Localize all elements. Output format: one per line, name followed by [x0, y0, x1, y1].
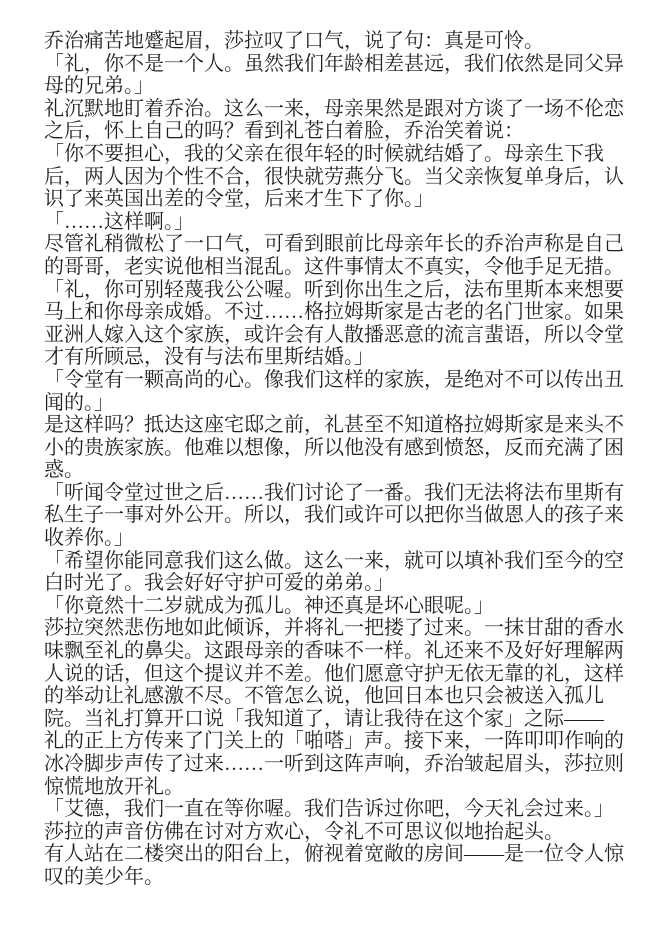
text-line: 「听闻令堂过世之后……我们讨论了一番。我们无法将法布里斯有 [44, 482, 638, 505]
text-line: 礼沉默地盯着乔治。这么一来，母亲果然是跟对方谈了一场不伦恋 [44, 98, 638, 121]
text-line: 母的兄弟。」 [44, 75, 638, 98]
text-line: 的哥哥，老实说他相当混乱。这件事情太不真实，令他手足无措。 [44, 256, 638, 279]
text-line: 马上和你母亲成婚。不过……格拉姆斯家是古老的名门世家。如果 [44, 301, 638, 324]
text-line: 惊慌地放开礼。 [44, 776, 638, 799]
text-line: 尽管礼稍微松了一口气，可看到眼前比母亲年长的乔治声称是自己 [44, 233, 638, 256]
text-line: 之后，怀上自己的吗？看到礼苍白着脸，乔治笑着说： [44, 120, 638, 143]
text-line: 识了来英国出差的令堂，后来才生下了你。」 [44, 188, 638, 211]
text-line: 小的贵族家族。他难以想像，所以他没有感到愤怒，反而充满了困 [44, 437, 638, 460]
text-line: 闻的。」 [44, 392, 638, 415]
text-line: 「礼，你可别轻蔑我公公喔。听到你出生之后，法布里斯本来想要 [44, 279, 638, 302]
text-line: 莎拉突然悲伤地如此倾诉，并将礼一把搂了过来。一抹甘甜的香水 [44, 617, 638, 640]
text-line: 才有所顾忌，没有与法布里斯结婚。」 [44, 346, 638, 369]
novel-page: 乔治痛苦地蹙起眉，莎拉叹了口气，说了句：真是可怜。 「礼，你不是一个人。虽然我们… [0, 0, 662, 935]
text-line: 「艾德，我们一直在等你喔。我们告诉过你吧，今天礼会过来。」 [44, 798, 638, 821]
text-line: 亚洲人嫁入这个家族，或许会有人散播恶意的流言蜚语，所以令堂 [44, 324, 638, 347]
text-line: 乔治痛苦地蹙起眉，莎拉叹了口气，说了句：真是可怜。 [44, 30, 638, 53]
text-line: 「礼，你不是一个人。虽然我们年龄相差甚远，我们依然是同父异 [44, 53, 638, 76]
text-line: 叹的美少年。 [44, 866, 638, 889]
text-line: 「……这样啊。」 [44, 211, 638, 234]
text-line: 院。当礼打算开口说「我知道了，请让我待在这个家」之际—— [44, 708, 638, 731]
text-line: 「你不要担心，我的父亲在很年轻的时候就结婚了。母亲生下我 [44, 143, 638, 166]
text-line: 「希望你能同意我们这么做。这么一来，就可以填补我们至今的空 [44, 550, 638, 573]
novel-text-block: 乔治痛苦地蹙起眉，莎拉叹了口气，说了句：真是可怜。 「礼，你不是一个人。虽然我们… [44, 30, 638, 889]
text-line: 味飘至礼的鼻尖。这跟母亲的香味不一样。礼还来不及好好理解两 [44, 640, 638, 663]
text-line: 有人站在二楼突出的阳台上，俯视着宽敞的房间——是一位令人惊 [44, 843, 638, 866]
text-line: 是这样吗？抵达这座宅邸之前，礼甚至不知道格拉姆斯家是来头不 [44, 414, 638, 437]
text-line: 莎拉的声音仿佛在讨对方欢心，令礼不可思议似地抬起头。 [44, 821, 638, 844]
text-line: 后，两人因为个性不合，很快就劳燕分飞。当父亲恢复单身后，认 [44, 166, 638, 189]
text-line: 惑。 [44, 459, 638, 482]
text-line: 的举动让礼感激不尽。不管怎么说，他回日本也只会被送入孤儿 [44, 685, 638, 708]
text-line: 礼的正上方传来了门关上的「啪嗒」声。接下来，一阵叩叩作响的 [44, 730, 638, 753]
text-line: 冰冷脚步声传了过来……一听到这阵声响，乔治皱起眉头，莎拉则 [44, 753, 638, 776]
text-line: 收养你。」 [44, 527, 638, 550]
text-line: 白时光了。我会好好守护可爱的弟弟。」 [44, 572, 638, 595]
text-line: 「令堂有一颗高尚的心。像我们这样的家族，是绝对不可以传出丑 [44, 369, 638, 392]
text-line: 私生子一事对外公开。所以，我们或许可以把你当做恩人的孩子来 [44, 504, 638, 527]
text-line: 「你竟然十二岁就成为孤儿。神还真是坏心眼呢。」 [44, 595, 638, 618]
text-line: 人说的话，但这个提议并不差。他们愿意守护无依无靠的礼，这样 [44, 663, 638, 686]
